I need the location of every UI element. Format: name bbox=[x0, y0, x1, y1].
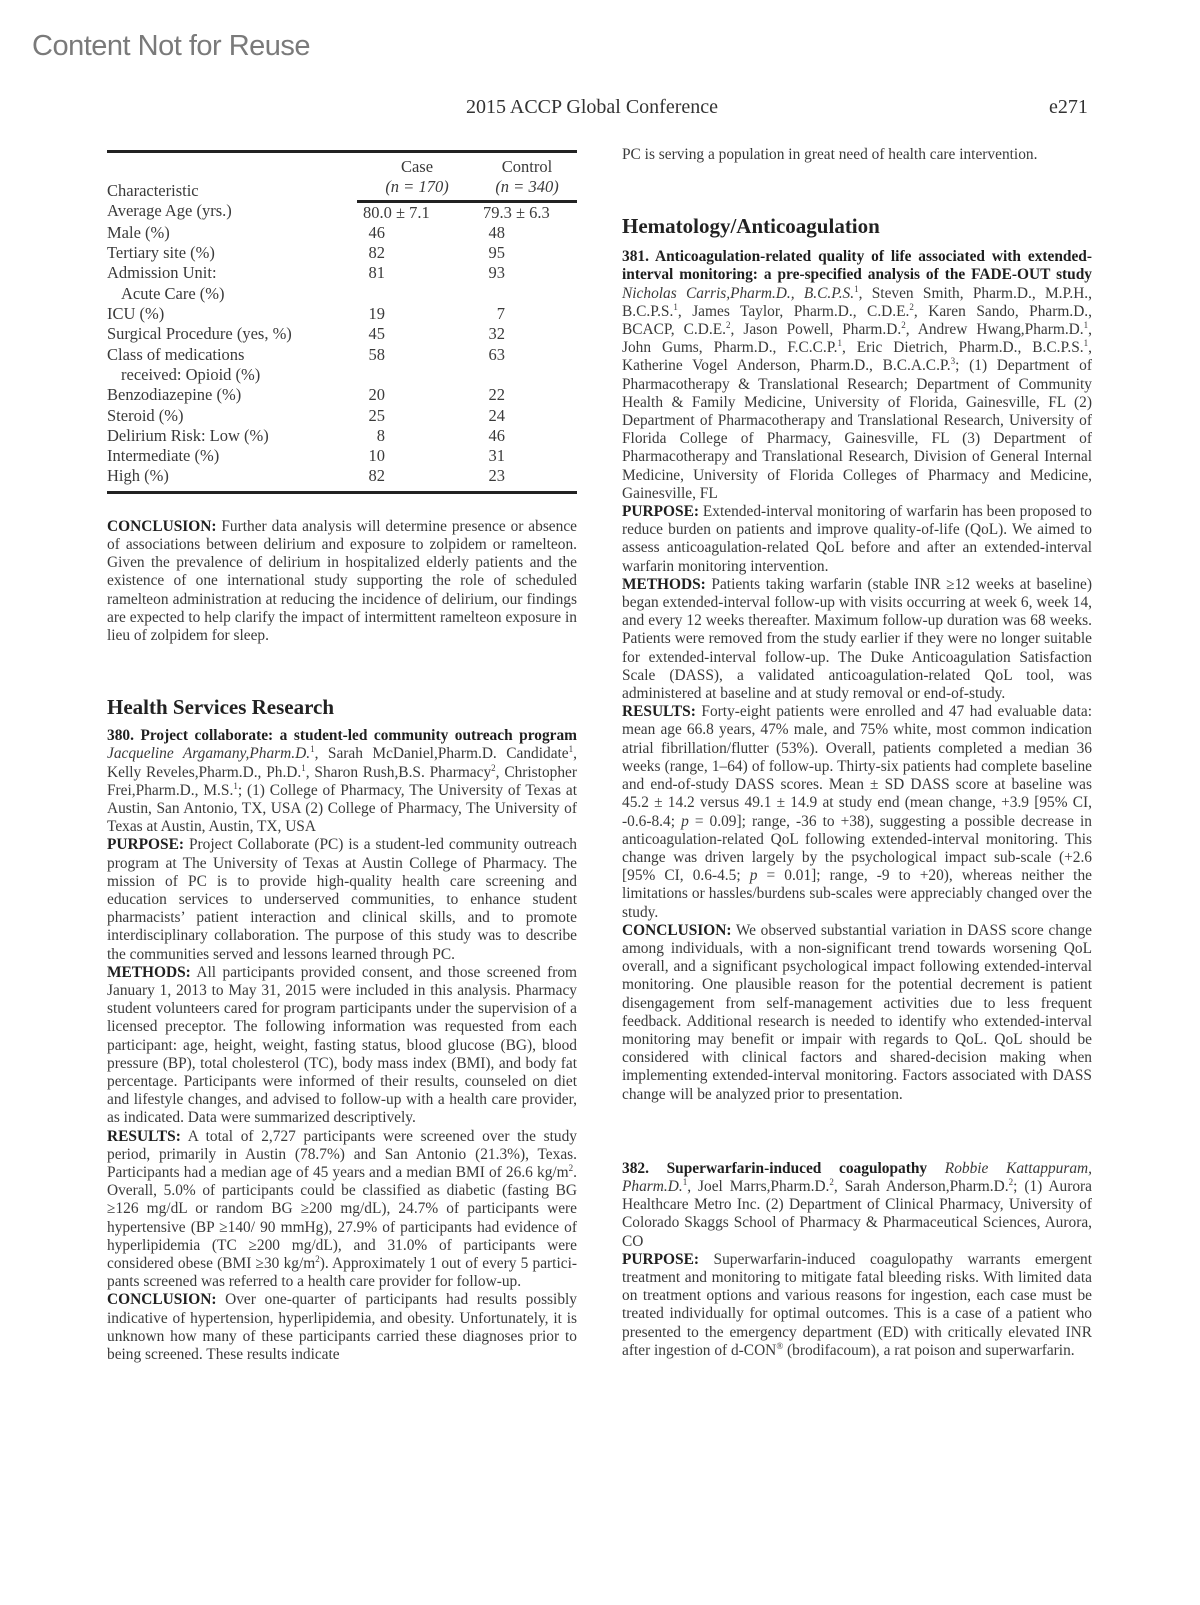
author: , Sarah Anderson,Pharm.D. bbox=[834, 1178, 1009, 1195]
row-label: Steroid (%) bbox=[107, 406, 357, 426]
row-label: ICU (%) bbox=[107, 304, 357, 324]
case-value: 80.0 ± 7.1 bbox=[357, 201, 477, 223]
control-value: 95 bbox=[477, 243, 577, 263]
characteristics-table: Characteristic Case Control (n = 170) (n… bbox=[107, 150, 577, 494]
case-value: 45 bbox=[357, 324, 477, 344]
abstract-380-header: 380. Project collaborate: a student-led … bbox=[107, 727, 577, 836]
row-label: Male (%) bbox=[107, 223, 357, 243]
table-row: High (%)8223 bbox=[107, 466, 577, 492]
results-paragraph: RESULTS: Forty-eight patients were enrol… bbox=[622, 703, 1092, 921]
abstract-381-header: 381. Anticoagulation-related quality of … bbox=[622, 248, 1092, 503]
header-control: Control bbox=[477, 152, 577, 178]
header-characteristic: Characteristic bbox=[107, 152, 357, 202]
table-row: ICU (%)197 bbox=[107, 304, 577, 324]
running-head: 2015 ACCP Global Conference e271 bbox=[0, 96, 1200, 126]
row-label: Delirium Risk: Low (%) bbox=[107, 426, 357, 446]
author: , Eric Dietrich, Pharm.D., B.C.P.S. bbox=[842, 339, 1084, 356]
case-value: 82 bbox=[357, 466, 477, 492]
table-row: Delirium Risk: Low (%)846 bbox=[107, 426, 577, 446]
author: , Jason Powell, Pharm.D. bbox=[730, 321, 901, 338]
abstract-382: 382. Superwarfarin-induced coagulopathy … bbox=[622, 1160, 1092, 1360]
case-value: 19 bbox=[357, 304, 477, 324]
affiliations: ; (1) Department of Pharmacotherapy & Tr… bbox=[622, 357, 1092, 501]
author: , Joel Marrs,Pharm.D. bbox=[687, 1178, 829, 1195]
row-label: Intermediate (%) bbox=[107, 446, 357, 466]
control-value: 7 bbox=[477, 304, 577, 324]
control-value: 24 bbox=[477, 406, 577, 426]
control-value: 31 bbox=[477, 446, 577, 466]
conclusion-paragraph: CONCLUSION: Over one-quarter of particip… bbox=[107, 1291, 577, 1364]
case-value: 8 bbox=[357, 426, 477, 446]
purpose-paragraph: PURPOSE: Extended-interval monitoring of… bbox=[622, 503, 1092, 576]
row-label: Surgical Procedure (yes, %) bbox=[107, 324, 357, 344]
section-heading-hematology: Hematology/Anticoagulation bbox=[622, 214, 1092, 238]
control-value: 46 bbox=[477, 426, 577, 446]
abstract-title: 381. Anticoagulation-related quality of … bbox=[622, 248, 1092, 283]
table-row: Surgical Procedure (yes, %)4532 bbox=[107, 324, 577, 344]
first-author: Jacqueline Argamany,Pharm.D. bbox=[107, 745, 310, 762]
author: , James Taylor, Pharm.D., C.D.E. bbox=[678, 303, 910, 320]
table-row: Benzodiazepine (%)2022 bbox=[107, 385, 577, 405]
page-number: e271 bbox=[1049, 96, 1088, 119]
case-value: 46 bbox=[357, 223, 477, 243]
conclusion-continued: PC is serving a population in great need… bbox=[622, 146, 1092, 164]
abstract-382-header: 382. Superwarfarin-induced coagulopathy … bbox=[622, 1160, 1092, 1251]
row-label: Tertiary site (%) bbox=[107, 243, 357, 263]
left-column: Characteristic Case Control (n = 170) (n… bbox=[107, 146, 577, 1364]
case-value: 20 bbox=[357, 385, 477, 405]
abstract-title: 382. Superwarfarin-induced coagulopathy bbox=[622, 1160, 927, 1177]
table-row: Male (%)4648 bbox=[107, 223, 577, 243]
watermark: Content Not for Reuse bbox=[32, 30, 310, 63]
right-column: PC is serving a population in great need… bbox=[622, 146, 1092, 1360]
table-row: Intermediate (%)1031 bbox=[107, 446, 577, 466]
control-value: 79.3 ± 6.3 bbox=[477, 201, 577, 223]
conclusion-paragraph: CONCLUSION: Further data analysis will d… bbox=[107, 518, 577, 645]
author: , Sharon Rush,B.S. Pharmacy bbox=[306, 764, 491, 781]
purpose-paragraph: PURPOSE: Project Collaborate (PC) is a s… bbox=[107, 836, 577, 963]
first-author: Nicholas Carris,Pharm.D., B.C.P.S. bbox=[622, 285, 854, 302]
row-label: Average Age (yrs.) bbox=[107, 201, 357, 223]
case-value: 25 bbox=[357, 406, 477, 426]
row-label: High (%) bbox=[107, 466, 357, 492]
abstract-title: 380. Project collaborate: a student-led … bbox=[107, 727, 577, 744]
control-value: 93 bbox=[477, 263, 577, 304]
header-control-n: (n = 340) bbox=[477, 177, 577, 201]
case-value: 81 bbox=[357, 263, 477, 304]
control-value: 48 bbox=[477, 223, 577, 243]
row-label: Class of medicationsreceived: Opioid (%) bbox=[107, 345, 357, 386]
abstract-381: 381. Anticoagulation-related quality of … bbox=[622, 248, 1092, 1104]
control-value: 22 bbox=[477, 385, 577, 405]
case-value: 82 bbox=[357, 243, 477, 263]
conclusion-paragraph: CONCLUSION: We observed substantial vari… bbox=[622, 922, 1092, 1104]
row-label: Benzodiazepine (%) bbox=[107, 385, 357, 405]
control-value: 32 bbox=[477, 324, 577, 344]
purpose-paragraph: PURPOSE: Superwarfarin-induced coagulopa… bbox=[622, 1251, 1092, 1360]
case-value: 58 bbox=[357, 345, 477, 386]
table-row: Class of medicationsreceived: Opioid (%)… bbox=[107, 345, 577, 386]
control-value: 23 bbox=[477, 466, 577, 492]
journal-title: 2015 ACCP Global Conference bbox=[466, 96, 718, 119]
case-value: 10 bbox=[357, 446, 477, 466]
methods-paragraph: METHODS: Patients taking warfarin (stabl… bbox=[622, 576, 1092, 703]
table-row: Admission Unit:Acute Care (%)8193 bbox=[107, 263, 577, 304]
header-case-n: (n = 170) bbox=[357, 177, 477, 201]
control-value: 63 bbox=[477, 345, 577, 386]
abstract-380: 380. Project collaborate: a student-led … bbox=[107, 727, 577, 1364]
table-row: Average Age (yrs.)80.0 ± 7.179.3 ± 6.3 bbox=[107, 201, 577, 223]
author: , Andrew Hwang,Pharm.D. bbox=[906, 321, 1084, 338]
header-case: Case bbox=[357, 152, 477, 178]
table-row: Tertiary site (%)8295 bbox=[107, 243, 577, 263]
section-heading-health-services: Health Services Research bbox=[107, 695, 577, 719]
table-row: Steroid (%)2524 bbox=[107, 406, 577, 426]
results-paragraph: RESULTS: A total of 2,727 participants w… bbox=[107, 1128, 577, 1292]
row-label: Admission Unit:Acute Care (%) bbox=[107, 263, 357, 304]
author: , Sarah McDaniel,Pharm.D. Candidate bbox=[315, 745, 569, 762]
methods-paragraph: METHODS: All participants provided conse… bbox=[107, 964, 577, 1128]
